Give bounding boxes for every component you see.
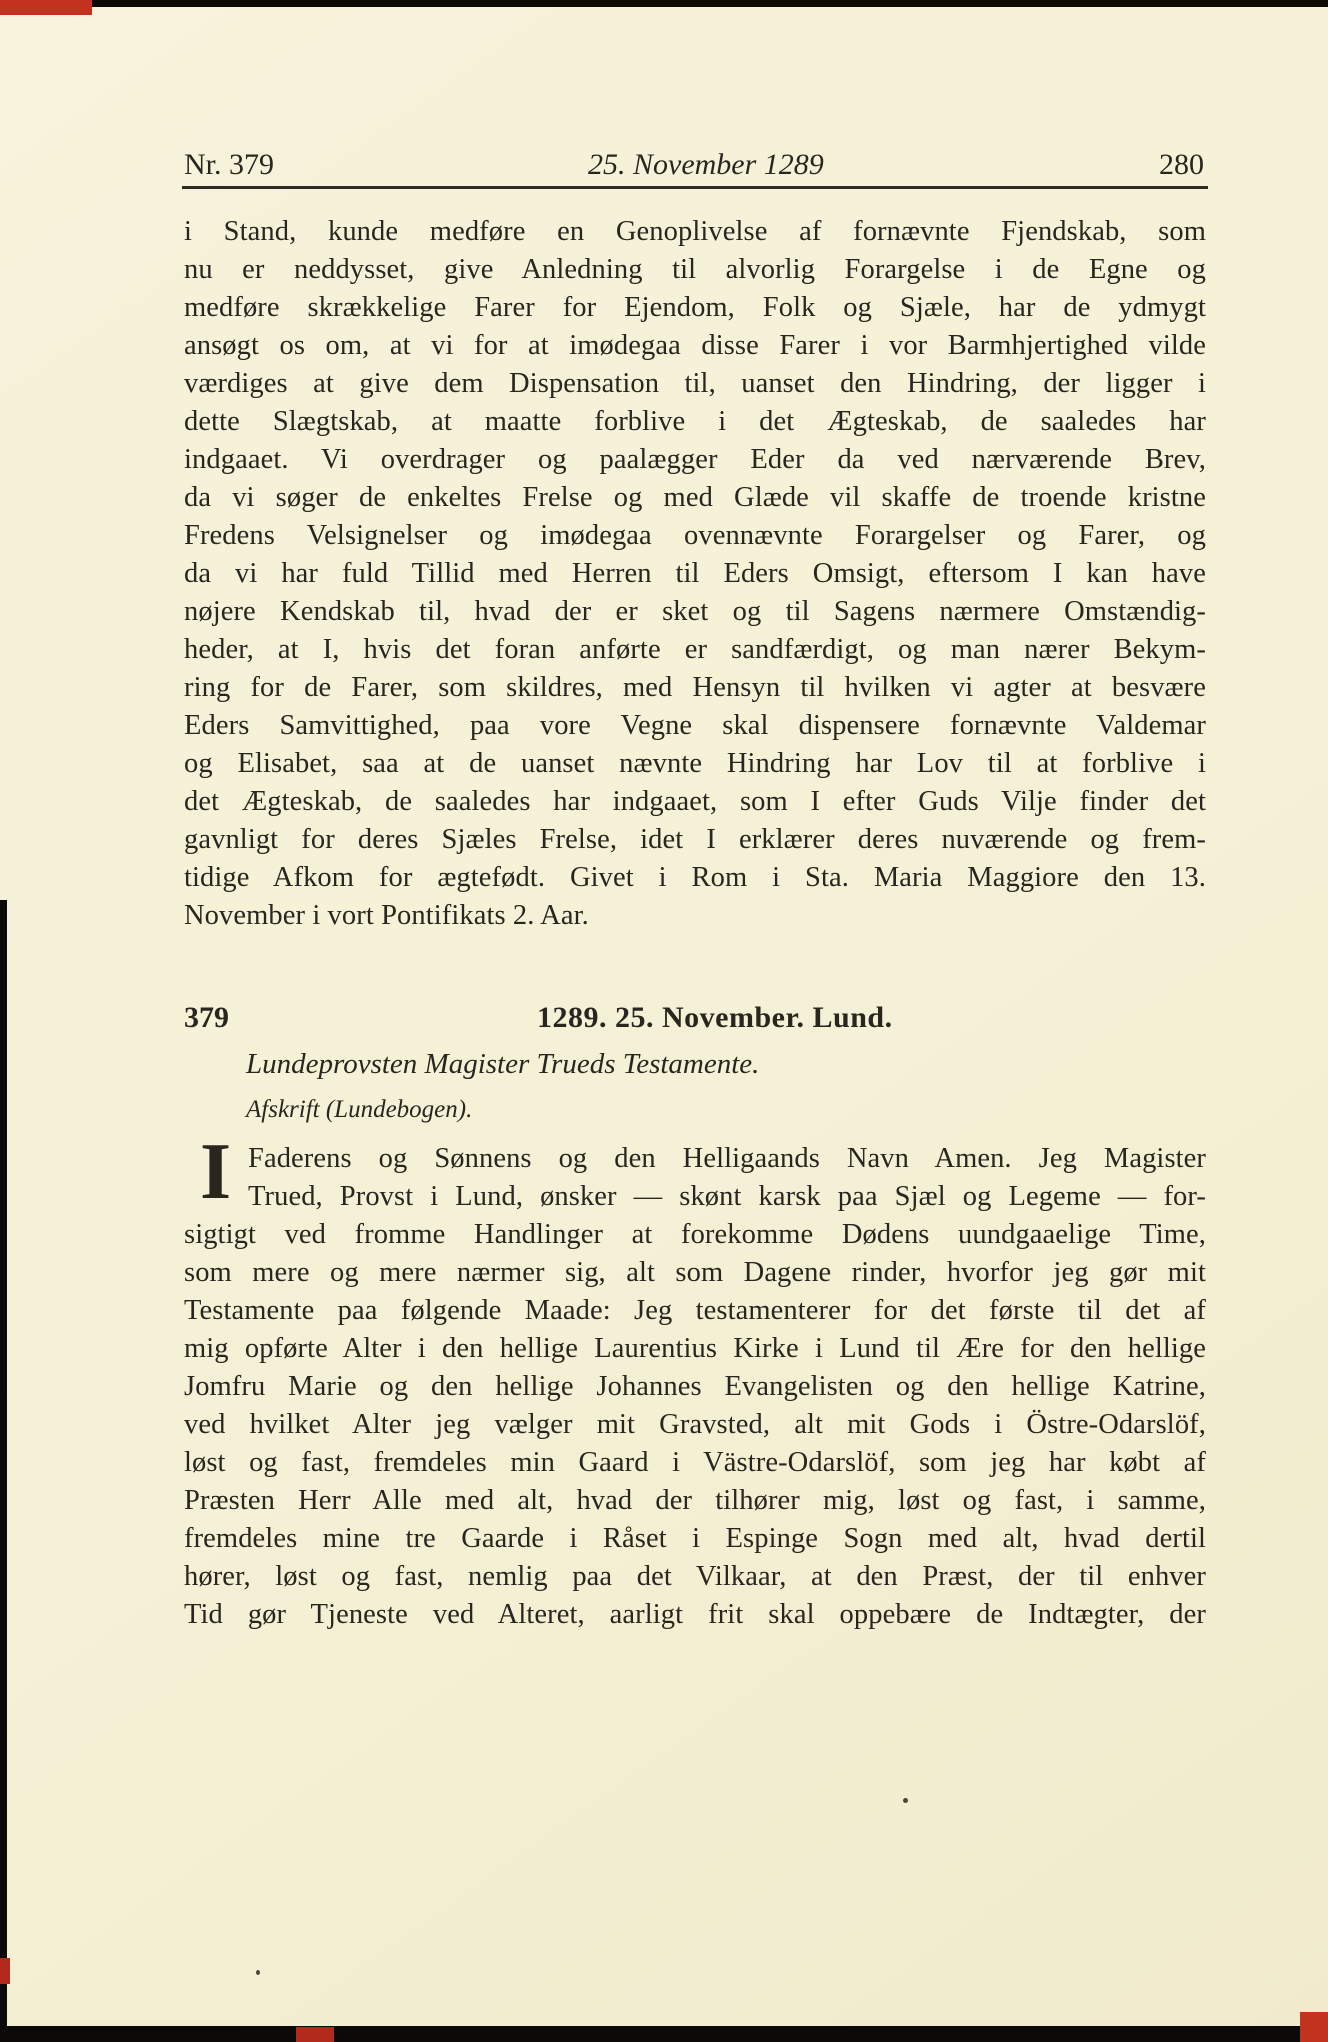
red-registration-mark-top-left	[0, 0, 92, 15]
text-line: Præsten Herr Alle med alt, hvad der tilh…	[184, 1482, 1206, 1520]
text-line: Trued, Provst i Lund, ønsker — skønt kar…	[184, 1178, 1206, 1216]
text-line: indgaaet. Vi overdrager og paalægger Ede…	[184, 441, 1206, 479]
text-line: dette Slægtskab, at maatte forblive i de…	[184, 403, 1206, 441]
text-line: gavnligt for deres Sjæles Frelse, idet I…	[184, 821, 1206, 859]
scan-edge-bottom	[0, 2026, 1328, 2042]
text-line: ved hvilket Alter jeg vælger mit Gravste…	[184, 1406, 1206, 1444]
text-line: det Ægteskab, de saaledes har indgaaet, …	[184, 783, 1206, 821]
text-line: og Elisabet, saa at de uanset nævnte Hin…	[184, 745, 1206, 783]
letter-body-continued: i Stand, kunde medføre en Genoplivelse a…	[184, 213, 1206, 935]
text-line: nu er neddysset, give Anledning til alvo…	[184, 251, 1206, 289]
text-line: Fredens Velsignelser og imødegaa ovennæv…	[184, 517, 1206, 555]
text-line: ring for de Farer, som skildres, med Hen…	[184, 669, 1206, 707]
text-line: som mere og mere nærmer sig, alt som Dag…	[184, 1254, 1206, 1292]
text-line: Faderens og Sønnens og den Helligaands N…	[184, 1140, 1206, 1178]
text-line: mig opførte Alter i den hellige Laurenti…	[184, 1330, 1206, 1368]
text-line: heder, at I, hvis det foran anførte er s…	[184, 631, 1206, 669]
testament-body: Faderens og Sønnens og den Helligaands N…	[184, 1140, 1206, 1634]
header-entry-number: Nr. 379	[184, 148, 274, 182]
red-registration-mark-bottom-right	[1300, 2012, 1328, 2042]
page-number: 280	[1159, 148, 1204, 182]
entry-dateline: 1289. 25. November. Lund.	[537, 1001, 893, 1035]
text-line: da vi har fuld Tillid med Herren til Ede…	[184, 555, 1206, 593]
text-line: nøjere Kendskab til, hvad der er sket og…	[184, 593, 1206, 631]
header-date: 25. November 1289	[588, 148, 824, 182]
scanned-book-page: Nr. 379 25. November 1289 280 i Stand, k…	[0, 0, 1328, 2042]
text-line: løst og fast, fremdeles min Gaard i Väst…	[184, 1444, 1206, 1482]
entry-heading: 379 1289. 25. November. Lund.	[184, 1001, 1206, 1037]
entry-source-note: Afskrift (Lundebogen).	[246, 1096, 472, 1124]
scan-edge-top	[0, 0, 1328, 7]
scan-edge-left	[0, 900, 7, 2042]
text-line: tidige Afkom for ægtefødt. Givet i Rom i…	[184, 859, 1206, 897]
red-registration-mark-left	[0, 1958, 10, 1984]
running-header: Nr. 379 25. November 1289 280	[184, 148, 1206, 184]
text-line: fremdeles mine tre Gaarde i Råset i Espi…	[184, 1520, 1206, 1558]
text-line: hører, løst og fast, nemlig paa det Vilk…	[184, 1558, 1206, 1596]
text-line: November i vort Pontifikats 2. Aar.	[184, 897, 1206, 935]
entry-number: 379	[184, 1001, 229, 1035]
ink-speck	[256, 1970, 260, 1975]
text-line: sigtigt ved fromme Handlinger at forekom…	[184, 1216, 1206, 1254]
text-line: værdiges at give dem Dispensation til, u…	[184, 365, 1206, 403]
text-line: medføre skrækkelige Farer for Ejendom, F…	[184, 289, 1206, 327]
entry-title: Lundeprovsten Magister Trueds Testamente…	[246, 1048, 759, 1081]
text-line: i Stand, kunde medføre en Genoplivelse a…	[184, 213, 1206, 251]
text-line: da vi søger de enkeltes Frelse og med Gl…	[184, 479, 1206, 517]
text-line: Tid gør Tjeneste ved Alteret, aarligt fr…	[184, 1596, 1206, 1634]
text-line: Eders Samvittighed, paa vore Vegne skal …	[184, 707, 1206, 745]
red-registration-mark-bottom	[296, 2027, 334, 2042]
text-line: Jomfru Marie og den hellige Johannes Eva…	[184, 1368, 1206, 1406]
text-line: Testamente paa følgende Maade: Jeg testa…	[184, 1292, 1206, 1330]
ink-speck	[903, 1798, 908, 1803]
header-rule	[182, 186, 1208, 189]
text-line: ansøgt os om, at vi for at imødegaa diss…	[184, 327, 1206, 365]
